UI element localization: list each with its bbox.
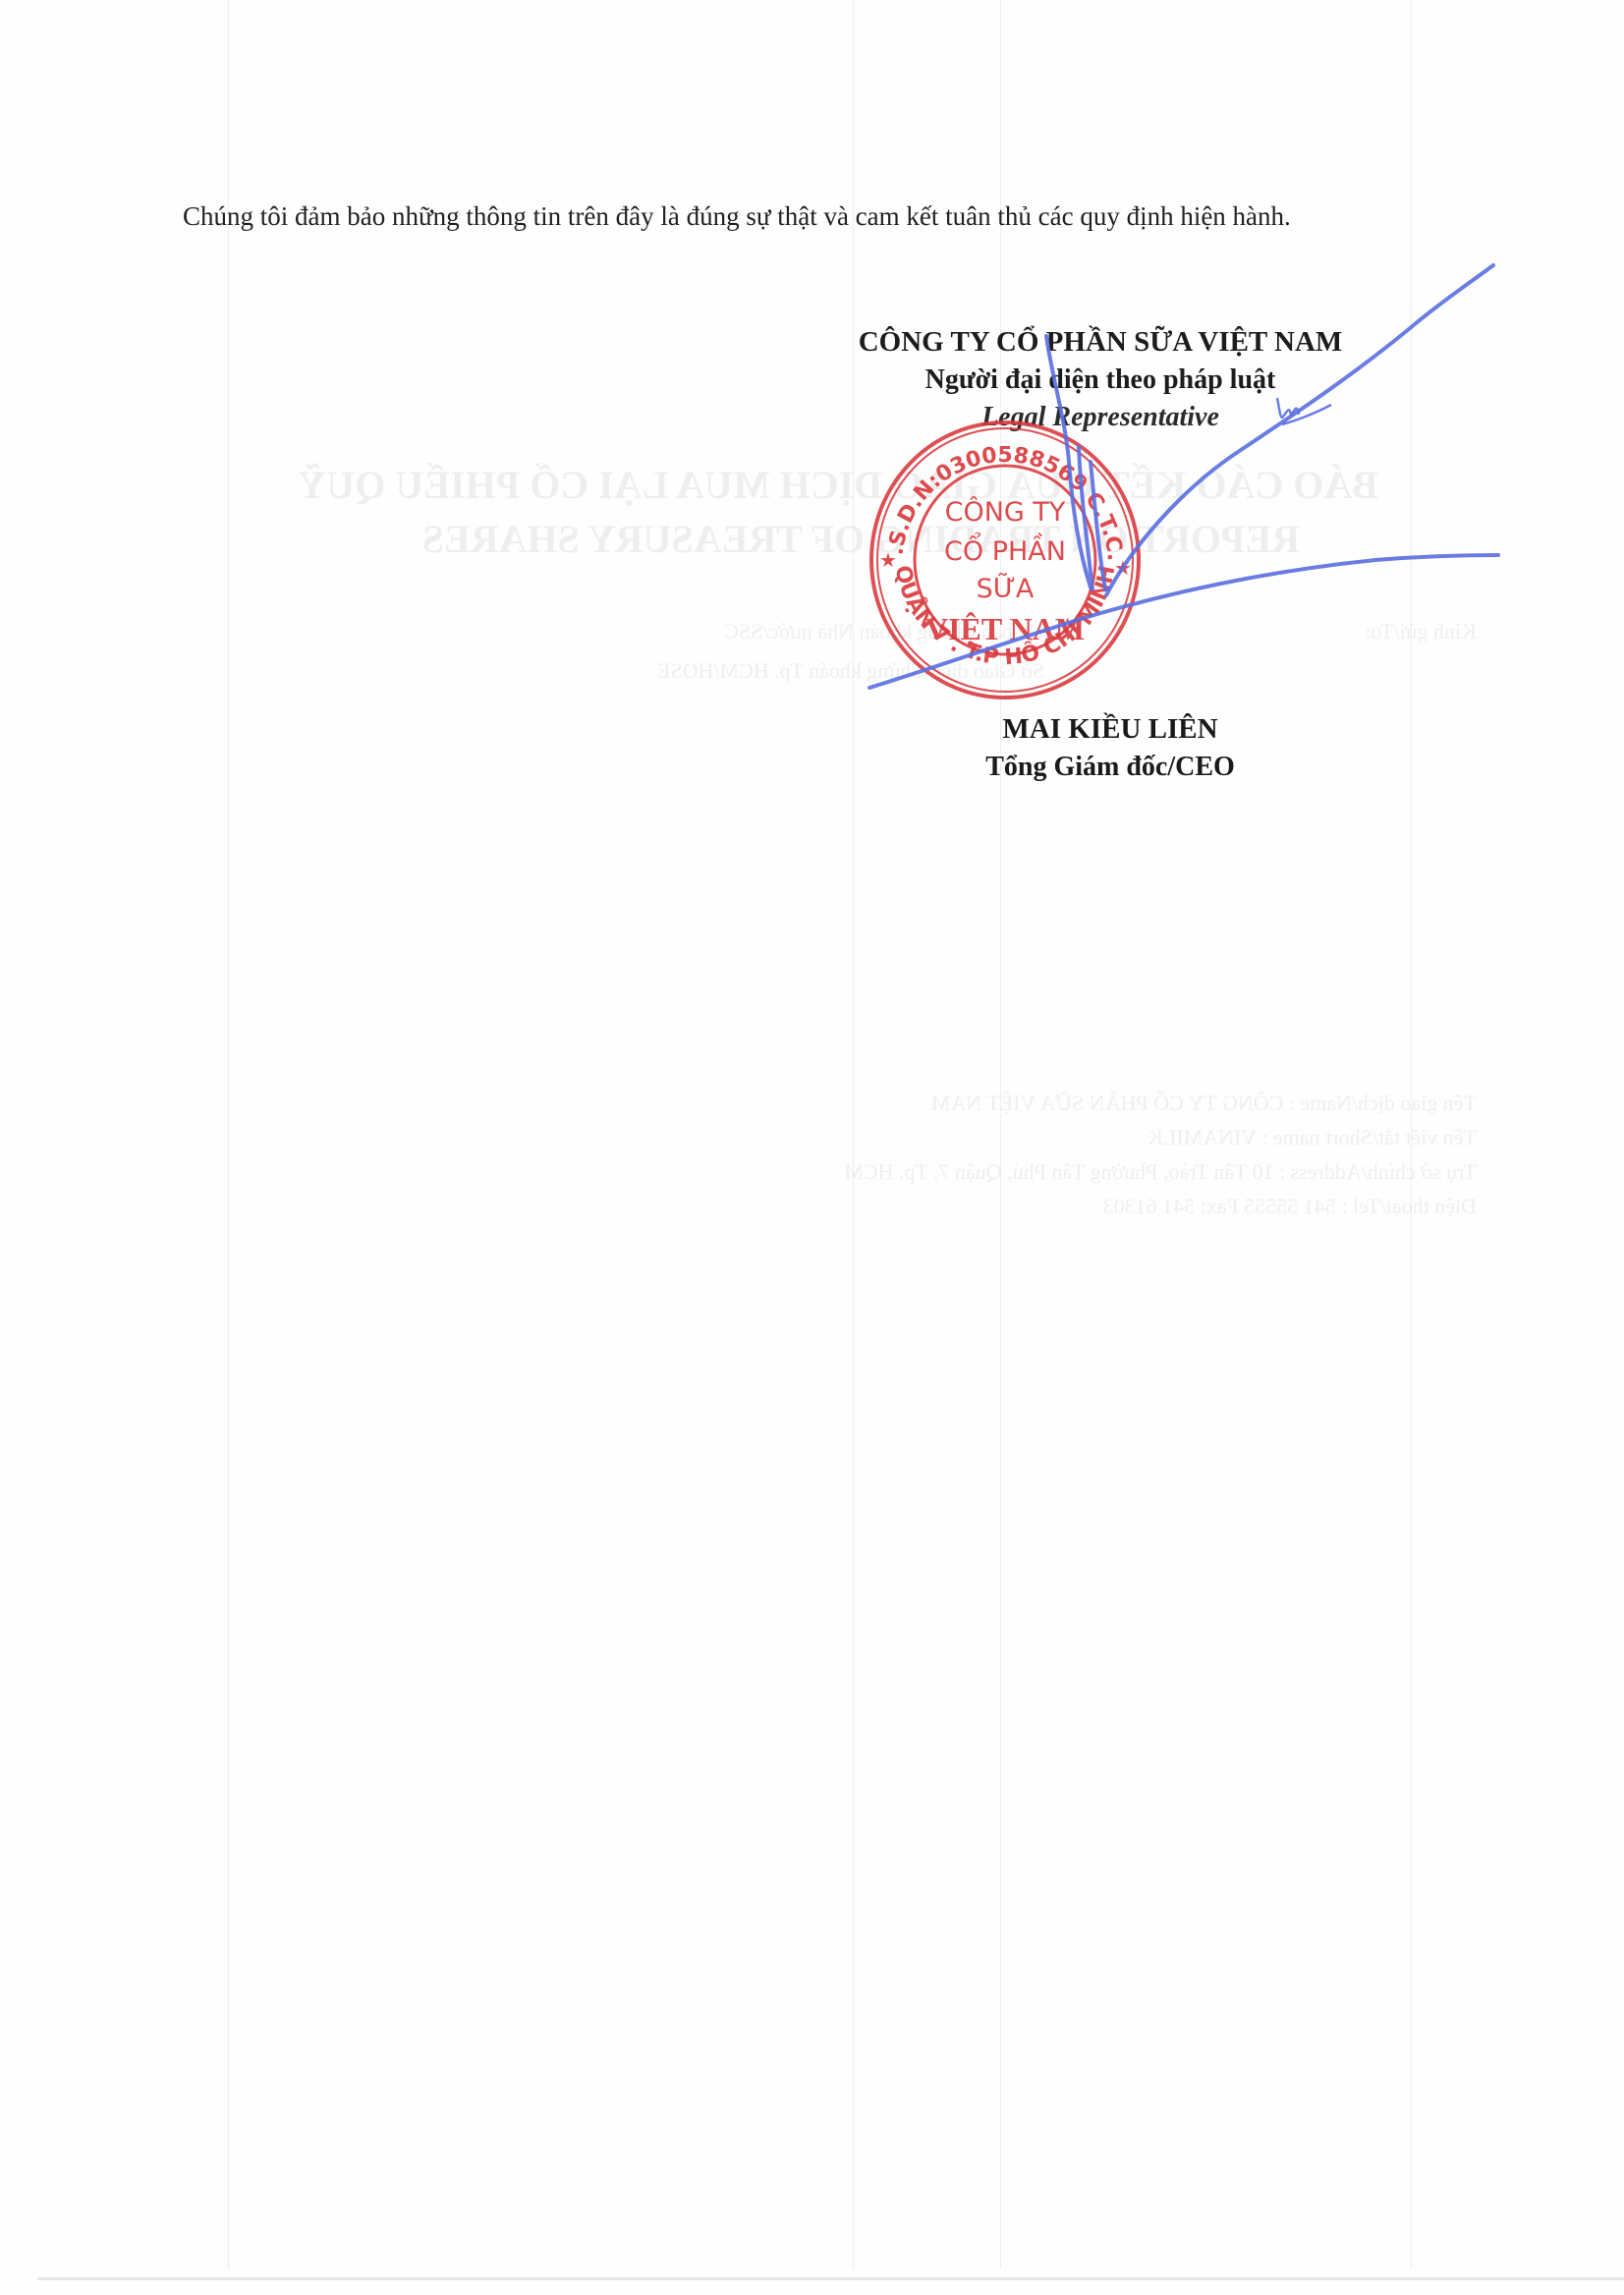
- role-vietnamese: Người đại diện theo pháp luật: [806, 362, 1395, 399]
- scan-line: [228, 0, 229, 2269]
- company-name: CÔNG TY CỔ PHẦN SỮA VIỆT NAM: [806, 322, 1395, 362]
- scan-line: [1411, 0, 1412, 2269]
- statement-paragraph: Chúng tôi đảm bảo những thông tin trên đ…: [183, 195, 1460, 238]
- svg-text:CỔ PHẦN: CỔ PHẦN: [944, 532, 1066, 567]
- svg-text:CÔNG TY: CÔNG TY: [945, 496, 1066, 528]
- signatory-name-block: MAI KIỀU LIÊN Tổng Giám đốc/CEO: [845, 709, 1375, 786]
- svg-text:SỮA: SỮA: [977, 573, 1035, 604]
- signatory-name: MAI KIỀU LIÊN: [845, 709, 1375, 749]
- svg-text:VIỆT NAM: VIỆT NAM: [925, 611, 1085, 646]
- svg-text:★: ★: [1114, 556, 1132, 580]
- company-seal-stamp: M.S.D.N:0300588569 C.T.C.P QUẬN 7 . T.P …: [863, 418, 1148, 702]
- document-page: BÁO CÁO KẾT QUẢ GIAO DỊCH MUA LẠI CỔ PHI…: [0, 0, 1624, 2295]
- svg-text:★: ★: [879, 548, 897, 572]
- signatory-title: Tổng Giám đốc/CEO: [845, 749, 1375, 786]
- page-bottom-edge: [37, 2277, 1624, 2280]
